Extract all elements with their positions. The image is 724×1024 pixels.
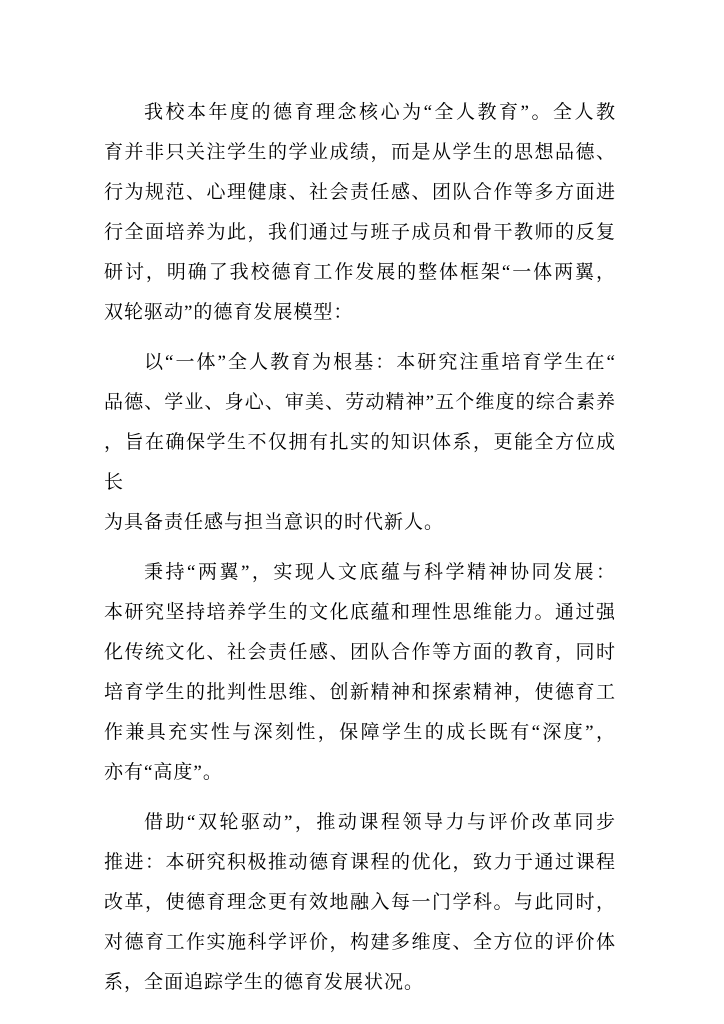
paragraph: 借助“双轮驱动”，推动课程领导力与评价改革同步 推进：本研究积极推动德育课程的优… [104,803,616,1003]
text-line: 作兼具充实性与深刻性，保障学生的成长既有“深度”， [104,713,616,753]
text-line: 改革，使德育理念更有效地融入每一门学科。与此同时， [104,883,616,923]
text-line: 研讨，明确了我校德育工作发展的整体框架“一体两翼， [104,253,616,293]
text-line: 秉持“两翼”，实现人文底蕴与科学精神协同发展： [104,553,616,593]
text-line: 双轮驱动”的德育发展模型： [104,293,616,333]
text-line: 行全面培养为此，我们通过与班子成员和骨干教师的反复 [104,213,616,253]
text-line: 推进：本研究积极推动德育课程的优化，致力于通过课程 [104,843,616,883]
text-line: 借助“双轮驱动”，推动课程领导力与评价改革同步 [104,803,616,843]
text-line: 以“一体”全人教育为根基：本研究注重培育学生在“ [104,343,616,383]
paragraph: 秉持“两翼”，实现人文底蕴与科学精神协同发展： 本研究坚持培养学生的文化底蕴和理… [104,553,616,793]
paragraph: 以“一体”全人教育为根基：本研究注重培育学生在“ 品德、学业、身心、审美、劳动精… [104,343,616,543]
text-line: 我校本年度的德育理念核心为“全人教育”。全人教 [104,93,616,133]
text-line: 行为规范、心理健康、社会责任感、团队合作等多方面进 [104,173,616,213]
paragraph: 我校本年度的德育理念核心为“全人教育”。全人教 育并非只关注学生的学业成绩，而是… [104,93,616,333]
text-line: ，旨在确保学生不仅拥有扎实的知识体系，更能全方位成长 [104,423,616,503]
text-line: 对德育工作实施科学评价，构建多维度、全方位的评价体 [104,923,616,963]
text-line: 化传统文化、社会责任感、团队合作等方面的教育，同时 [104,633,616,673]
text-line: 亦有“高度”。 [104,753,616,793]
text-line: 本研究坚持培养学生的文化底蕴和理性思维能力。通过强 [104,593,616,633]
text-line: 培育学生的批判性思维、创新精神和探索精神，使德育工 [104,673,616,713]
text-line: 系，全面追踪学生的德育发展状况。 [104,963,616,1003]
text-line: 品德、学业、身心、审美、劳动精神”五个维度的综合素养 [104,383,616,423]
text-line: 为具备责任感与担当意识的时代新人。 [104,503,616,543]
text-line: 育并非只关注学生的学业成绩，而是从学生的思想品德、 [104,133,616,173]
document-body: 我校本年度的德育理念核心为“全人教育”。全人教 育并非只关注学生的学业成绩，而是… [104,93,616,1013]
document-page: 我校本年度的德育理念核心为“全人教育”。全人教 育并非只关注学生的学业成绩，而是… [0,0,724,1024]
